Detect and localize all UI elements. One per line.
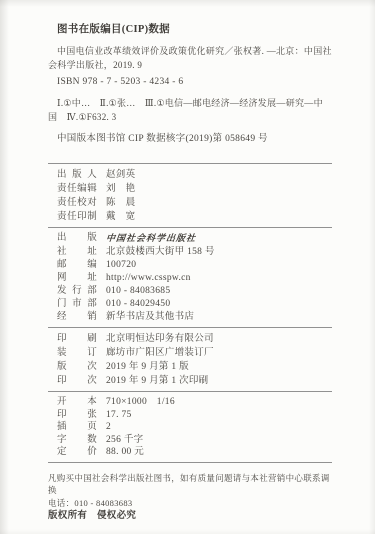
price-value: 88. 00 元 <box>106 447 144 457</box>
field-label: 定价 <box>57 446 97 459</box>
spec-row: 字数256 千字 <box>48 434 332 447</box>
quality-notice-footer: 凡购买中国社会科学出版社图书，如有质量问题请与本社营销中心联系调换 电话：010… <box>48 472 332 524</box>
book-copyright-page: 图书在版编目(CIP)数据 中国电信业改革绩效评价及政策优化研究／张权著. —北… <box>0 0 375 534</box>
spec-section: 开本710×1000 1/16 印张17. 75 插页2 字数256 千字 定价… <box>48 392 332 462</box>
staff-section: 出版人赵剑英 责任编辑刘 艳 责任校对陈 晨 责任印制戴 宽 <box>48 164 332 227</box>
field-label: 出版人 <box>57 168 97 182</box>
staff-row: 责任印制戴 宽 <box>48 210 332 224</box>
field-label: 社址 <box>57 246 97 259</box>
copyright-statement: 版权所有 侵权必究 <box>48 510 332 523</box>
printing-row: 印次2019 年 9 月第 1 次印刷 <box>48 374 332 388</box>
staff-row: 责任校对陈 晨 <box>48 196 332 210</box>
staff-row: 出版人赵剑英 <box>48 168 332 182</box>
field-label: 印次 <box>57 374 97 388</box>
field-label: 开本 <box>57 396 97 409</box>
publisher-row: 邮编100720 <box>48 259 332 272</box>
contact-phone-line: 电话：010 - 84083683 <box>48 497 332 510</box>
field-value: 2019 年 9 月第 1 次印刷 <box>106 376 208 386</box>
cip-title: 图书在版编目(CIP)数据 <box>57 23 332 36</box>
field-label: 出版 <box>57 232 97 245</box>
field-value: 2019 年 9 月第 1 版 <box>106 362 189 372</box>
spec-row: 定价88. 00 元 <box>48 446 332 459</box>
field-value: 010 - 84083685 <box>106 286 170 296</box>
field-label: 邮编 <box>57 259 97 272</box>
bibliographic-description: 中国电信业改革绩效评价及政策优化研究／张权著. —北京：中国社会科学出版社，20… <box>48 45 332 72</box>
field-label: 责任校对 <box>57 196 97 210</box>
field-label: 插页 <box>57 421 97 434</box>
printing-section: 印刷北京明恒达印务有限公司 装订廊坊市广阳区广增装订厂 版次2019 年 9 月… <box>48 328 332 391</box>
publisher-section: 出版中国社会科学出版社 社址北京鼓楼西大街甲 158 号 邮编100720 网址… <box>48 228 332 327</box>
publisher-row: 发行部010 - 84083685 <box>48 285 332 298</box>
publisher-row: 门市部010 - 84029450 <box>48 298 332 311</box>
printing-row: 装订廊坊市广阳区广增装订厂 <box>48 346 332 360</box>
field-value: 北京鼓楼西大街甲 158 号 <box>106 247 215 257</box>
field-value: 010 - 84029450 <box>106 299 170 309</box>
field-value: 新华书店及其他书店 <box>106 312 194 322</box>
field-label: 网址 <box>57 272 97 285</box>
field-value: 刘 艳 <box>106 184 135 194</box>
printing-row: 版次2019 年 9 月第 1 版 <box>48 360 332 374</box>
field-label: 责任印制 <box>57 210 97 224</box>
field-label: 印张 <box>57 409 97 422</box>
field-value: 256 千字 <box>106 435 143 445</box>
printing-row: 印刷北京明恒达印务有限公司 <box>48 332 332 346</box>
field-value: 17. 75 <box>106 410 132 420</box>
cip-classification: Ⅰ.①中… Ⅱ.①张… Ⅲ.①电信—邮电经济—经济发展—研究—中国 Ⅳ.①F63… <box>48 97 332 124</box>
field-value: 2 <box>106 422 111 432</box>
publisher-logotype: 中国社会科学出版社 <box>105 232 196 245</box>
publisher-row: 出版中国社会科学出版社 <box>48 232 332 246</box>
field-value: 陈 晨 <box>106 198 135 208</box>
field-label: 版次 <box>57 360 97 374</box>
publisher-row: 网址http://www.csspw.cn <box>48 272 332 285</box>
spec-row: 插页2 <box>48 421 332 434</box>
cip-record-number: 中国版本图书馆 CIP 数据核字(2019)第 058649 号 <box>48 133 332 146</box>
field-value: 赵剑英 <box>106 170 135 180</box>
field-label: 发行部 <box>57 285 97 298</box>
field-label: 印刷 <box>57 332 97 346</box>
isbn-number: ISBN 978 - 7 - 5203 - 4234 - 6 <box>48 76 332 89</box>
field-label: 门市部 <box>57 298 97 311</box>
staff-row: 责任编辑刘 艳 <box>48 182 332 196</box>
field-label: 装订 <box>57 346 97 360</box>
spec-row: 开本710×1000 1/16 <box>48 396 332 409</box>
field-value: 100720 <box>106 260 136 270</box>
field-label: 责任编辑 <box>57 182 97 196</box>
field-label: 字数 <box>57 434 97 447</box>
field-value: 北京明恒达印务有限公司 <box>106 334 214 344</box>
spec-row: 印张17. 75 <box>48 409 332 422</box>
publisher-row: 社址北京鼓楼西大街甲 158 号 <box>48 246 332 259</box>
publisher-row: 经销新华书店及其他书店 <box>48 311 332 324</box>
quality-notice-line: 凡购买中国社会科学出版社图书，如有质量问题请与本社营销中心联系调换 <box>48 472 332 497</box>
website-url: http://www.csspw.cn <box>106 273 191 283</box>
section-divider <box>48 462 332 463</box>
field-value: 710×1000 1/16 <box>106 397 175 407</box>
field-value: 戴 宽 <box>106 212 135 222</box>
field-label: 经销 <box>57 311 97 324</box>
field-value: 廊坊市广阳区广增装订厂 <box>106 348 214 358</box>
